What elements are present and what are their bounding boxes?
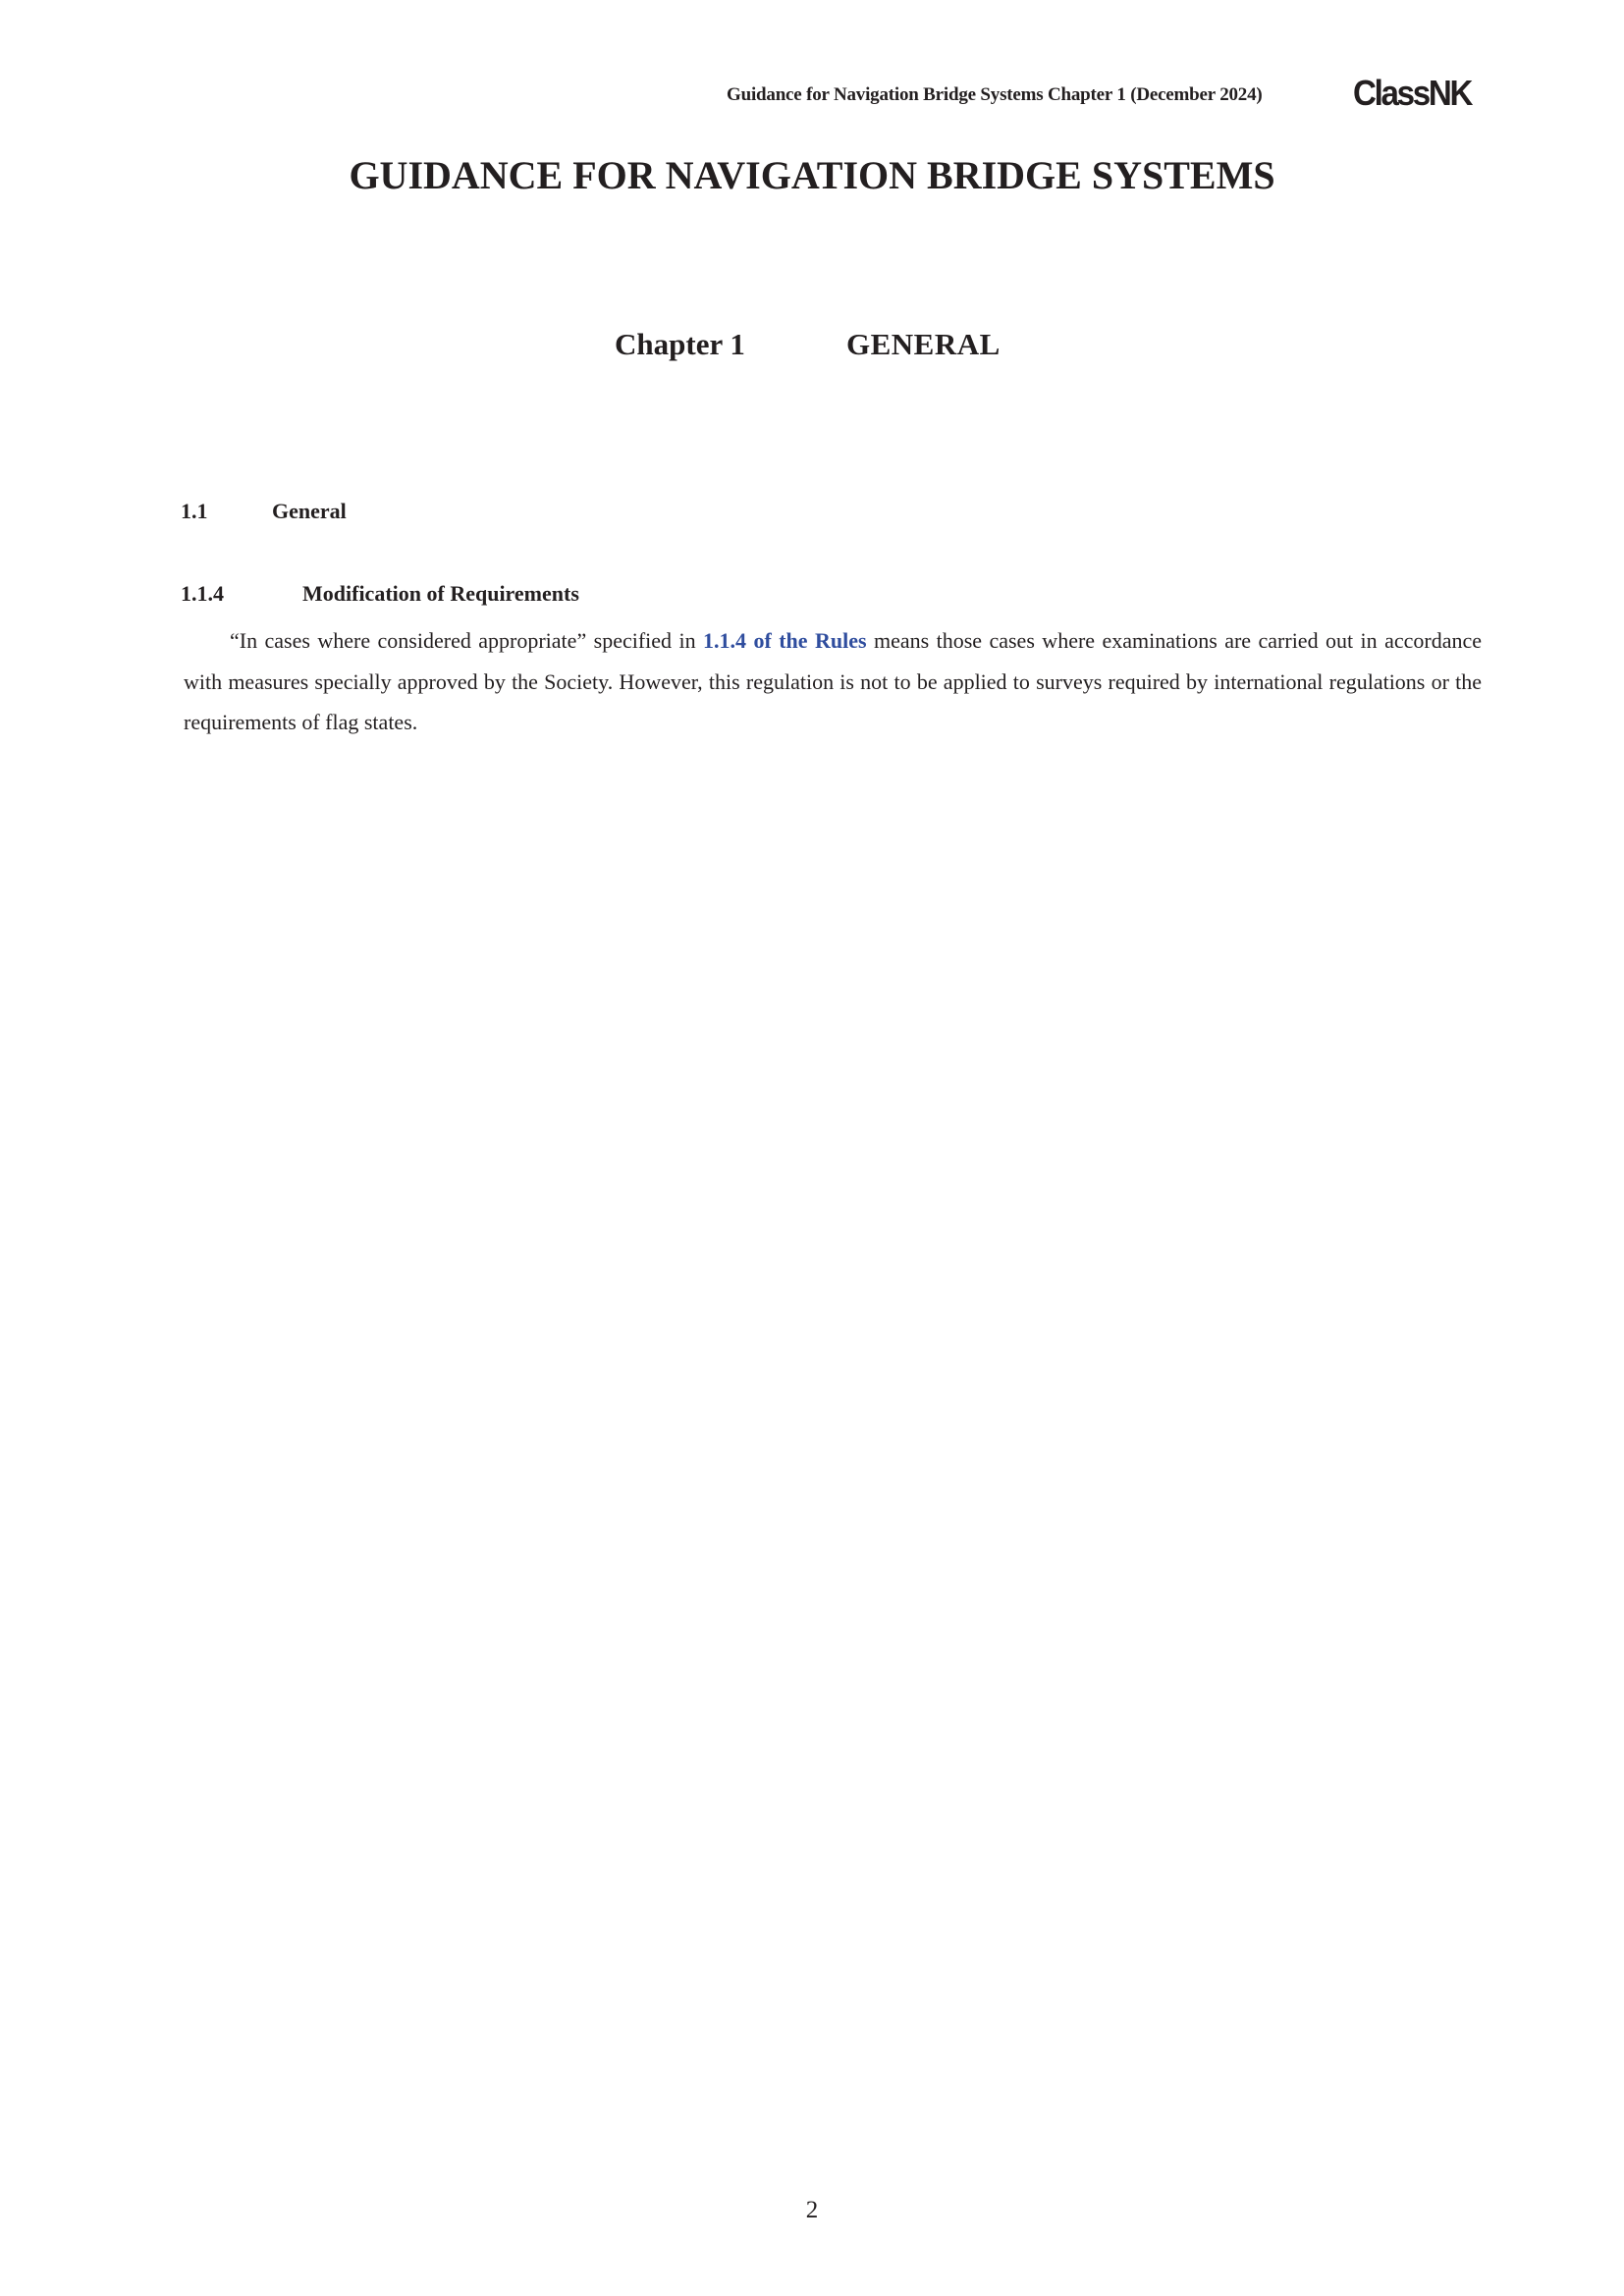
body-paragraph: “In cases where considered appropriate” …	[184, 620, 1482, 743]
chapter-number: Chapter 1	[615, 327, 745, 362]
page-number: 2	[0, 2197, 1624, 2224]
subsection-title: Modification of Requirements	[302, 581, 579, 607]
rules-reference-link[interactable]: 1.1.4 of the Rules	[703, 628, 867, 653]
chapter-name: GENERAL	[846, 327, 1001, 362]
classnk-logo: ClassNK	[1353, 73, 1471, 114]
document-title: GUIDANCE FOR NAVIGATION BRIDGE SYSTEMS	[0, 152, 1624, 198]
subsection-number: 1.1.4	[181, 581, 224, 607]
section-number: 1.1	[181, 499, 208, 524]
paragraph-text-start: “In cases where considered appropriate” …	[230, 628, 703, 653]
running-header: Guidance for Navigation Bridge Systems C…	[727, 84, 1263, 106]
section-title: General	[272, 499, 347, 524]
